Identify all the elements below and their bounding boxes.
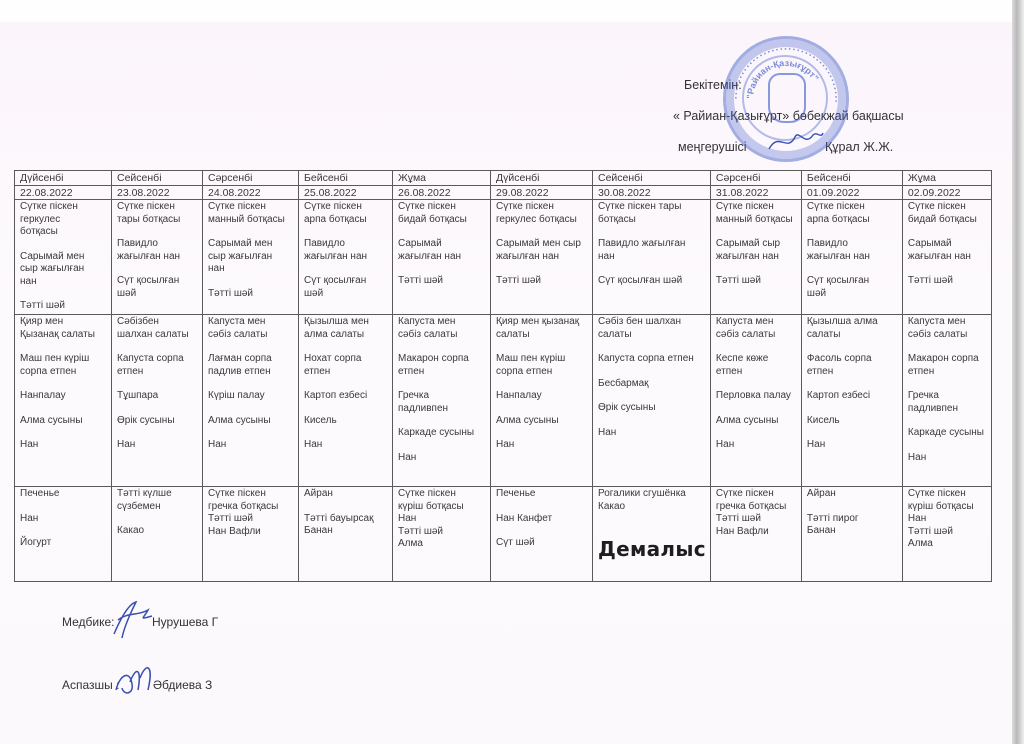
menu-item: Сарымай сыр жағылған нан xyxy=(716,238,797,263)
weekday-cell: Бейсенбі xyxy=(299,171,393,186)
svg-text:"Райиан-Қазығұрт": "Райиан-Қазығұрт" xyxy=(745,58,821,99)
snack-cell: ПеченьеНан КанфетСүт шәй xyxy=(491,487,593,582)
spacer xyxy=(304,263,388,275)
spacer xyxy=(398,440,486,452)
spacer xyxy=(807,226,898,238)
spacer xyxy=(398,226,486,238)
breakfast-row: Сүтке піскен геркулес ботқасыСарымай мен… xyxy=(15,200,992,315)
spacer xyxy=(807,341,898,353)
menu-item: Тұшпара xyxy=(117,390,198,403)
cook-name: Әбдиева З xyxy=(153,678,212,692)
menu-item: Сарымай мен сыр жағылған нан xyxy=(208,238,294,276)
menu-item: Қызылша алма салаты xyxy=(807,316,898,341)
menu-item: Капуста сорпа етпен xyxy=(598,353,706,366)
menu-item: Павидло жағылған нан xyxy=(598,238,706,263)
holiday-label: Демалыс xyxy=(598,543,706,556)
page-top-margin xyxy=(0,0,1012,22)
menu-item: Нан xyxy=(304,439,388,452)
menu-item: Нан xyxy=(208,439,294,452)
spacer xyxy=(716,378,797,390)
snack-cell: Сүтке піскен гречка ботқасы Тәтті шәй На… xyxy=(203,487,299,582)
spacer xyxy=(496,403,588,415)
breakfast-cell: Сүтке піскен тары ботқасыПавидло жағылға… xyxy=(112,200,203,315)
spacer xyxy=(908,440,987,452)
spacer xyxy=(304,403,388,415)
menu-item: Сүтке піскен бидай ботқасы xyxy=(908,201,987,226)
breakfast-cell: Сүтке піскен арпа ботқасы Павидло жағылғ… xyxy=(801,200,902,315)
lunch-cell: Қызылша алма салатыФасоль сорпа етпенКар… xyxy=(801,315,902,487)
breakfast-cell: Сүтке піскен арпа ботқасыПавидло жағылға… xyxy=(299,200,393,315)
spacer xyxy=(304,378,388,390)
menu-item: Сүтке піскен манный ботқасы xyxy=(208,201,294,226)
menu-item: Капуста мен сәбіз салаты xyxy=(398,316,486,341)
menu-item: Нан xyxy=(496,439,588,452)
snack-cell: Сүтке піскен күріш ботқасы Нан Тәтті шәй… xyxy=(902,487,991,582)
date-cell: 01.09.2022 xyxy=(801,185,902,200)
spacer xyxy=(716,427,797,439)
menu-item: Сүтке піскен күріш ботқасы Нан Тәтті шәй… xyxy=(908,488,987,551)
menu-item: Капуста сорпа етпен xyxy=(117,353,198,378)
spacer xyxy=(398,415,486,427)
lunch-cell: Капуста мен сәбіз салатыМакарон сорпа ет… xyxy=(393,315,491,487)
spacer xyxy=(20,501,107,513)
menu-item: Сүтке піскен арпа ботқасы xyxy=(304,201,388,226)
menu-item: Йогурт xyxy=(20,537,107,550)
date-cell: 26.08.2022 xyxy=(393,185,491,200)
menu-item: Нан Канфет xyxy=(496,513,588,526)
menu-item: Нан xyxy=(908,452,987,465)
menu-item: Макарон сорпа етпен xyxy=(908,353,987,378)
menu-item: Сәбізбен шалхан салаты xyxy=(117,316,198,341)
spacer xyxy=(20,525,107,537)
menu-item: Какао xyxy=(117,525,198,538)
menu-item: Нохат сорпа етпен xyxy=(304,353,388,378)
spacer xyxy=(496,263,588,275)
menu-item: Сүтке піскен бидай ботқасы xyxy=(398,201,486,226)
date-cell: 30.08.2022 xyxy=(593,185,711,200)
menu-table: ДүйсенбіСейсенбіСәрсенбіБейсенбіЖұмаДүйс… xyxy=(14,170,992,582)
spacer xyxy=(598,226,706,238)
menu-item: Макарон сорпа етпен xyxy=(398,353,486,378)
menu-item: Сарымай жағылған нан xyxy=(908,238,987,263)
spacer xyxy=(208,403,294,415)
spacer xyxy=(598,415,706,427)
menu-item: Павидло жағылған нан xyxy=(117,238,198,263)
menu-item: Перловка палау xyxy=(716,390,797,403)
spacer xyxy=(716,341,797,353)
date-cell: 22.08.2022 xyxy=(15,185,112,200)
menu-item: Тәтті шәй xyxy=(496,275,588,288)
snack-cell: Сүтке піскен гречка ботқасы Тәтті шәй На… xyxy=(710,487,801,582)
menu-item: Сүт қосылған шәй xyxy=(807,275,898,300)
weekday-header-row: ДүйсенбіСейсенбіСәрсенбіБейсенбіЖұмаДүйс… xyxy=(15,171,992,186)
menu-item: Картоп езбесі xyxy=(304,390,388,403)
date-header-row: 22.08.202223.08.202224.08.202225.08.2022… xyxy=(15,185,992,200)
menu-item: Бесбармақ xyxy=(598,378,706,391)
snack-cell: Тәтті күлше сүзбеменКакао xyxy=(112,487,203,582)
spacer xyxy=(20,378,107,390)
weekday-cell: Сейсенбі xyxy=(112,171,203,186)
menu-item: Каркаде сусыны xyxy=(908,427,987,440)
nurse-label: Медбике: xyxy=(62,615,115,629)
spacer xyxy=(304,226,388,238)
cook-signature-icon xyxy=(112,660,158,702)
weekday-cell: Сейсенбі xyxy=(593,171,711,186)
menu-item: Маш пен күріш сорпа етпен xyxy=(496,353,588,378)
date-cell: 02.09.2022 xyxy=(902,185,991,200)
date-cell: 23.08.2022 xyxy=(112,185,203,200)
breakfast-cell: Сүтке піскен тары ботқасыПавидло жағылға… xyxy=(593,200,711,315)
menu-item: Тәтті күлше сүзбемен xyxy=(117,488,198,513)
menu-item: Картоп езбесі xyxy=(807,390,898,403)
spacer xyxy=(208,378,294,390)
snack-row: ПеченьеНанЙогурт Тәтті күлше сүзбеменКак… xyxy=(15,487,992,582)
spacer xyxy=(20,403,107,415)
spacer xyxy=(117,378,198,390)
menu-item: Сүт қосылған шәй xyxy=(598,275,706,288)
menu-item: Гречка падливпен xyxy=(398,390,486,415)
menu-item: Гречка падливпен xyxy=(908,390,987,415)
breakfast-cell: Сүтке піскен геркулес ботқасыСарымай мен… xyxy=(491,200,593,315)
date-cell: 29.08.2022 xyxy=(491,185,593,200)
menu-item: Сүтке піскен геркулес ботқасы xyxy=(20,201,107,239)
spacer xyxy=(117,427,198,439)
spacer xyxy=(496,501,588,513)
menu-item: Сүтке піскен манный ботқасы xyxy=(716,201,797,226)
menu-item: Тәтті шәй xyxy=(208,288,294,301)
spacer xyxy=(598,341,706,353)
menu-item: Маш пен күріш сорпа етпен xyxy=(20,353,107,378)
breakfast-cell: Сүтке піскен бидай ботқасыСарымай жағылғ… xyxy=(902,200,991,315)
spacer xyxy=(598,390,706,402)
menu-item: Печенье xyxy=(20,488,107,501)
menu-item: Каркаде сусыны xyxy=(398,427,486,440)
spacer xyxy=(496,525,588,537)
lunch-cell: Қияр мен Қызанақ салатыМаш пен күріш сор… xyxy=(15,315,112,487)
weekday-cell: Жұма xyxy=(393,171,491,186)
menu-item: Павидло жағылған нан xyxy=(807,238,898,263)
weekday-cell: Дүйсенбі xyxy=(491,171,593,186)
menu-item: Өрік сусыны xyxy=(598,402,706,415)
lunch-cell: Қияр мен қызанақ салатыМаш пен күріш сор… xyxy=(491,315,593,487)
snack-cell: Рогалики сгушёнка КакаоДемалыс xyxy=(593,487,711,582)
menu-item: Өрік сусыны xyxy=(117,415,198,428)
lunch-cell: Капуста мен сәбіз салатыЛағман сорпа пад… xyxy=(203,315,299,487)
menu-item: Тәтті шәй xyxy=(716,275,797,288)
menu-item: Капуста мен сәбіз салаты xyxy=(716,316,797,341)
menu-item: Алма сусыны xyxy=(20,415,107,428)
date-cell: 24.08.2022 xyxy=(203,185,299,200)
date-cell: 31.08.2022 xyxy=(710,185,801,200)
spacer xyxy=(716,403,797,415)
nurse-signature-icon xyxy=(108,598,156,642)
spacer xyxy=(117,263,198,275)
lunch-cell: Сәбіз бен шалхан салатыКапуста сорпа етп… xyxy=(593,315,711,487)
spacer xyxy=(496,427,588,439)
menu-item: Айран xyxy=(304,488,388,501)
breakfast-cell: Сүтке піскен манный ботқасыСарымай сыр ж… xyxy=(710,200,801,315)
cook-label: Аспазшы : xyxy=(62,678,119,692)
breakfast-cell: Сүтке піскен бидай ботқасыСарымай жағылғ… xyxy=(393,200,491,315)
spacer xyxy=(20,239,107,251)
menu-item: Капуста мен сәбіз салаты xyxy=(908,316,987,341)
spacer xyxy=(20,427,107,439)
spacer xyxy=(908,341,987,353)
menu-item: Сүтке піскен геркулес ботқасы xyxy=(496,201,588,226)
menu-item: Айран xyxy=(807,488,898,501)
spacer xyxy=(208,427,294,439)
spacer xyxy=(20,288,107,300)
menu-item: Сүтке піскен тары ботқасы xyxy=(117,201,198,226)
menu-item: Сүт шәй xyxy=(496,537,588,550)
weekday-cell: Бейсенбі xyxy=(801,171,902,186)
lunch-cell: Сәбізбен шалхан салатыКапуста сорпа етпе… xyxy=(112,315,203,487)
snack-cell: ПеченьеНанЙогурт xyxy=(15,487,112,582)
menu-item: Тәтті пирог Банан xyxy=(807,513,898,538)
menu-item: Кисель xyxy=(304,415,388,428)
menu-item: Сүтке піскен күріш ботқасы Нан Тәтті шәй… xyxy=(398,488,486,551)
nurse-name: Нурушева Г xyxy=(152,615,218,629)
spacer xyxy=(304,341,388,353)
menu-item: Тәтті шәй xyxy=(398,275,486,288)
date-cell: 25.08.2022 xyxy=(299,185,393,200)
menu-item: Нан xyxy=(598,427,706,440)
menu-item: Нан xyxy=(398,452,486,465)
menu-item: Күріш палау xyxy=(208,390,294,403)
snack-cell: АйранТәтті бауырсақ Банан xyxy=(299,487,393,582)
weekday-cell: Жұма xyxy=(902,171,991,186)
spacer xyxy=(598,263,706,275)
menu-item: Алма сусыны xyxy=(716,415,797,428)
spacer xyxy=(398,378,486,390)
lunch-cell: Капуста мен сәбіз салатыКеспе көже етпен… xyxy=(710,315,801,487)
weekday-cell: Дүйсенбі xyxy=(15,171,112,186)
menu-item: Павидло жағылған нан xyxy=(304,238,388,263)
lunch-cell: Капуста мен сәбіз салатыМакарон сорпа ет… xyxy=(902,315,991,487)
menu-item: Сүт қосылған шәй xyxy=(117,275,198,300)
menu-item: Нанпалау xyxy=(496,390,588,403)
menu-item: Нан xyxy=(20,513,107,526)
spacer xyxy=(496,378,588,390)
menu-item: Нан xyxy=(117,439,198,452)
menu-item: Сүт қосылған шәй xyxy=(304,275,388,300)
spacer xyxy=(117,341,198,353)
lunch-row: Қияр мен Қызанақ салатыМаш пен күріш сор… xyxy=(15,315,992,487)
menu-item: Сүтке піскен гречка ботқасы Тәтті шәй На… xyxy=(208,488,294,538)
spacer xyxy=(117,226,198,238)
weekday-cell: Сәрсенбі xyxy=(710,171,801,186)
menu-item: Қияр мен қызанақ салаты xyxy=(496,316,588,341)
menu-item: Тәтті шәй xyxy=(20,300,107,313)
spacer xyxy=(496,341,588,353)
menu-item: Сүтке піскен арпа ботқасы xyxy=(807,201,898,226)
menu-item: Нан xyxy=(716,439,797,452)
menu-item: Қызылша мен алма салаты xyxy=(304,316,388,341)
menu-item: Нанпалау xyxy=(20,390,107,403)
spacer xyxy=(908,378,987,390)
menu-item: Сүтке піскен гречка ботқасы Тәтті шәй На… xyxy=(716,488,797,538)
menu-item: Фасоль сорпа етпен xyxy=(807,353,898,378)
menu-item: Капуста мен сәбіз салаты xyxy=(208,316,294,341)
menu-item: Сәбіз бен шалхан салаты xyxy=(598,316,706,341)
spacer xyxy=(398,341,486,353)
spacer xyxy=(208,276,294,288)
menu-item: Нан xyxy=(807,439,898,452)
spacer xyxy=(716,263,797,275)
menu-item: Нан xyxy=(20,439,107,452)
spacer xyxy=(208,341,294,353)
menu-item: Кеспе көже етпен xyxy=(716,353,797,378)
menu-item: Тәтті шәй xyxy=(908,275,987,288)
menu-item: Қияр мен Қызанақ салаты xyxy=(20,316,107,341)
spacer xyxy=(908,415,987,427)
menu-item: Тәтті бауырсақ Банан xyxy=(304,513,388,538)
menu-item: Лағман сорпа падлив етпен xyxy=(208,353,294,378)
snack-cell: Сүтке піскен күріш ботқасы Нан Тәтті шәй… xyxy=(393,487,491,582)
snack-cell: АйранТәтті пирог Банан xyxy=(801,487,902,582)
spacer xyxy=(117,403,198,415)
spacer xyxy=(908,263,987,275)
spacer xyxy=(807,378,898,390)
spacer xyxy=(304,427,388,439)
spacer xyxy=(117,513,198,525)
menu-item: Сүтке піскен тары ботқасы xyxy=(598,201,706,226)
spacer xyxy=(496,226,588,238)
breakfast-cell: Сүтке піскен манный ботқасыСарымай мен с… xyxy=(203,200,299,315)
spacer xyxy=(908,226,987,238)
spacer xyxy=(398,263,486,275)
spacer xyxy=(807,501,898,513)
breakfast-cell: Сүтке піскен геркулес ботқасыСарымай мен… xyxy=(15,200,112,315)
spacer xyxy=(716,226,797,238)
menu-item: Алма сусыны xyxy=(208,415,294,428)
weekday-cell: Сәрсенбі xyxy=(203,171,299,186)
spacer xyxy=(20,341,107,353)
menu-item: Сарымай жағылған нан xyxy=(398,238,486,263)
lunch-cell: Қызылша мен алма салатыНохат сорпа етпен… xyxy=(299,315,393,487)
spacer xyxy=(807,263,898,275)
spacer xyxy=(598,366,706,378)
menu-item: Кисель xyxy=(807,415,898,428)
menu-item: Сарымай мен сыр жағылған нан xyxy=(20,251,107,289)
spacer xyxy=(208,226,294,238)
spacer xyxy=(304,501,388,513)
spacer xyxy=(807,427,898,439)
menu-item: Рогалики сгушёнка Какао xyxy=(598,488,706,513)
menu-item: Печенье xyxy=(496,488,588,501)
spacer xyxy=(807,403,898,415)
head-signature-icon xyxy=(765,125,825,155)
menu-item: Алма сусыны xyxy=(496,415,588,428)
menu-item: Сарымай мен сыр жағылған нан xyxy=(496,238,588,263)
